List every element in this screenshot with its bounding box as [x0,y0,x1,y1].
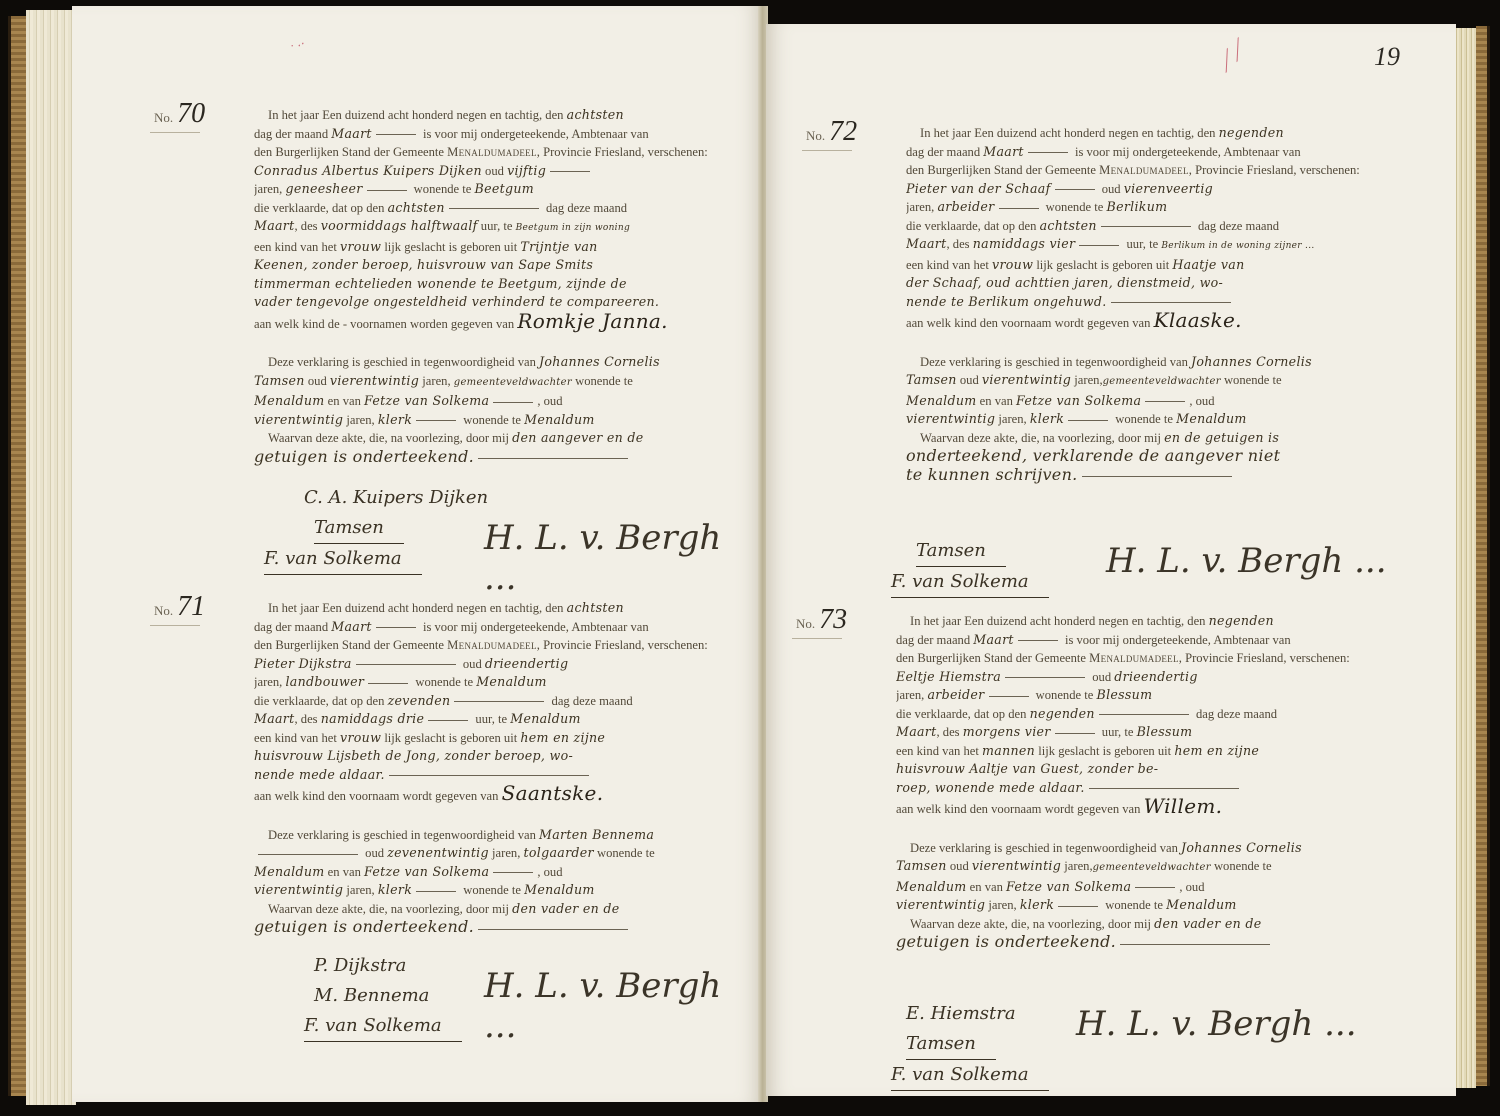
left-page: · ‥ No.70 In het jaar Een duizend acht h… [72,6,762,1102]
divider [150,625,200,626]
pink-pencil-mark: ⟋⟋ [1211,37,1251,77]
entry-number: No.73 [796,604,847,636]
entry-text: In het jaar Een duizend acht honderd neg… [254,106,724,467]
signature: F. van Solkema [304,1011,462,1042]
entry-text: In het jaar Een duizend acht honderd neg… [896,612,1366,953]
signature: Tamsen [314,513,404,544]
signature: F. van Solkema [891,567,1049,598]
divider [802,150,852,151]
signature: C. A. Kuipers Dijken [304,483,488,513]
book-binding-left [8,16,26,1096]
signature: F. van Solkema [891,1060,1049,1091]
signature: Tamsen [906,1029,996,1060]
signature: E. Hiemstra [906,999,1049,1029]
signature: M. Bennema [314,981,462,1011]
signatures: P. Dijkstra M. Bennema F. van Solkema [314,951,462,1042]
entry-number: No.70 [154,98,205,130]
registrar-signature: H. L. v. Bergh ... [484,518,754,598]
right-page: ⟋⟋ 19 No.72 In het jaar Een duizend acht… [766,24,1456,1096]
signatures: Tamsen F. van Solkema [916,536,1049,598]
signature: P. Dijkstra [314,951,462,981]
open-register-book: · ‥ No.70 In het jaar Een duizend acht h… [0,0,1500,1116]
entry-number: No.72 [806,116,857,148]
book-binding-right [1476,26,1490,1086]
registrar-signature: H. L. v. Bergh ... [484,966,754,1046]
signature: Tamsen [916,536,1006,567]
divider [150,132,200,133]
registrar-signature: H. L. v. Bergh ... [1106,541,1387,581]
page-edges-left [26,10,76,1105]
signatures: C. A. Kuipers Dijken Tamsen F. van Solke… [304,483,488,575]
pencil-mark: · ‥ [287,34,307,54]
page-number: 19 [1374,42,1400,72]
page-edges-right [1454,28,1476,1088]
entry-text: In het jaar Een duizend acht honderd neg… [906,124,1376,485]
signatures: E. Hiemstra Tamsen F. van Solkema [906,999,1049,1091]
signature: F. van Solkema [264,544,422,575]
entry-text: In het jaar Een duizend acht honderd neg… [254,599,724,938]
entry-number: No.71 [154,591,205,623]
registrar-signature: H. L. v. Bergh ... [1076,1004,1357,1044]
divider [792,638,842,639]
